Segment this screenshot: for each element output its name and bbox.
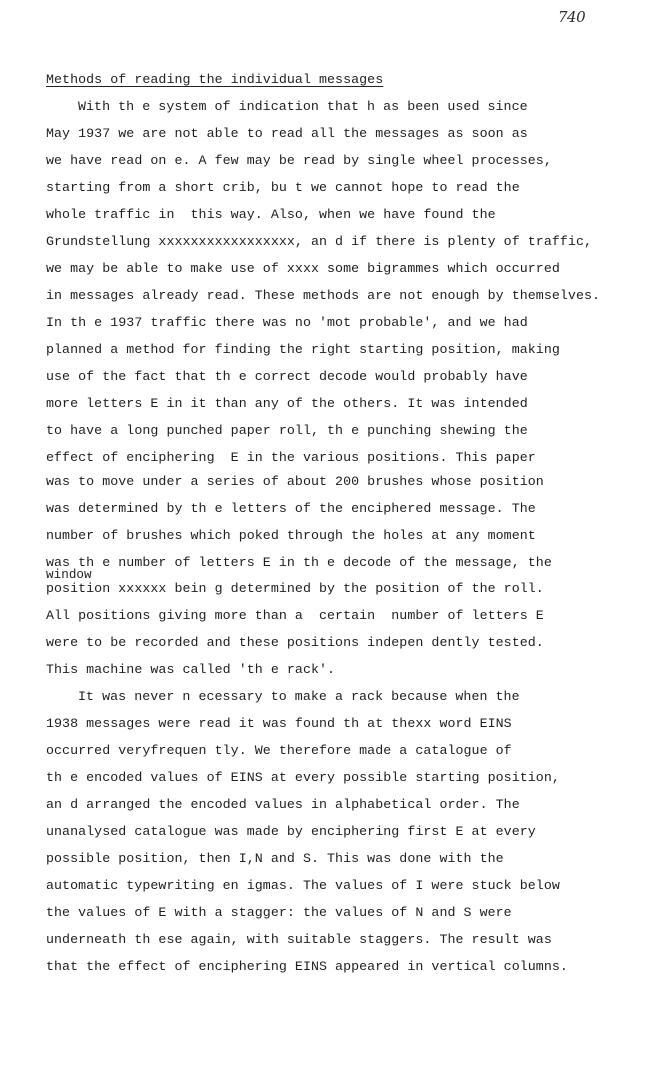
text-line: the values of E with a stagger: the valu… — [46, 905, 512, 920]
text-line: possible position, then I,N and S. This … — [46, 851, 504, 866]
text-line: more letters E in it than any of the oth… — [46, 396, 528, 411]
text-line: All positions giving more than a certain… — [46, 608, 544, 623]
text-line: that the effect of enciphering EINS appe… — [46, 959, 568, 974]
page-number: 740 — [558, 8, 585, 26]
text-line-insert: window — [46, 568, 92, 582]
text-line: effect of enciphering E in the various p… — [46, 450, 536, 465]
text-line: It was never n ecessary to make a rack b… — [78, 689, 520, 704]
text-line: unanalysed catalogue was made by enciphe… — [46, 824, 536, 839]
section-heading: Methods of reading the individual messag… — [46, 72, 383, 87]
text-line: was to move under a series of about 200 … — [46, 474, 544, 489]
text-line: May 1937 we are not able to read all the… — [46, 126, 528, 141]
text-line: occurred veryfrequen tly. We therefore m… — [46, 743, 512, 758]
text-line: number of brushes which poked through th… — [46, 528, 536, 543]
text-line: starting from a short crib, bu t we cann… — [46, 180, 520, 195]
text-line: was th e number of letters E in th e dec… — [46, 555, 552, 570]
text-line: position xxxxxx bein g determined by the… — [46, 581, 544, 596]
text-line: in messages already read. These methods … — [46, 288, 600, 303]
text-line: underneath th ese again, with suitable s… — [46, 932, 552, 947]
text-line: automatic typewriting en igmas. The valu… — [46, 878, 560, 893]
text-line: were to be recorded and these positions … — [46, 635, 544, 650]
text-line: to have a long punched paper roll, th e … — [46, 423, 528, 438]
text-line: In th e 1937 traffic there was no 'mot p… — [46, 315, 528, 330]
text-line: we may be able to make use of xxxx some … — [46, 261, 560, 276]
text-line: This machine was called 'th e rack'. — [46, 662, 335, 677]
text-line: With th e system of indication that h as… — [78, 99, 528, 114]
text-line: use of the fact that th e correct decode… — [46, 369, 528, 384]
text-line: 1938 messages were read it was found th … — [46, 716, 512, 731]
text-line: an d arranged the encoded values in alph… — [46, 797, 520, 812]
text-line: planned a method for finding the right s… — [46, 342, 560, 357]
text-line: th e encoded values of EINS at every pos… — [46, 770, 560, 785]
text-line: we have read on e. A few may be read by … — [46, 153, 552, 168]
text-line: Grundstellung xxxxxxxxxxxxxxxxx, an d if… — [46, 234, 592, 249]
text-line: whole traffic in this way. Also, when we… — [46, 207, 496, 222]
text-line: was determined by th e letters of the en… — [46, 501, 536, 516]
